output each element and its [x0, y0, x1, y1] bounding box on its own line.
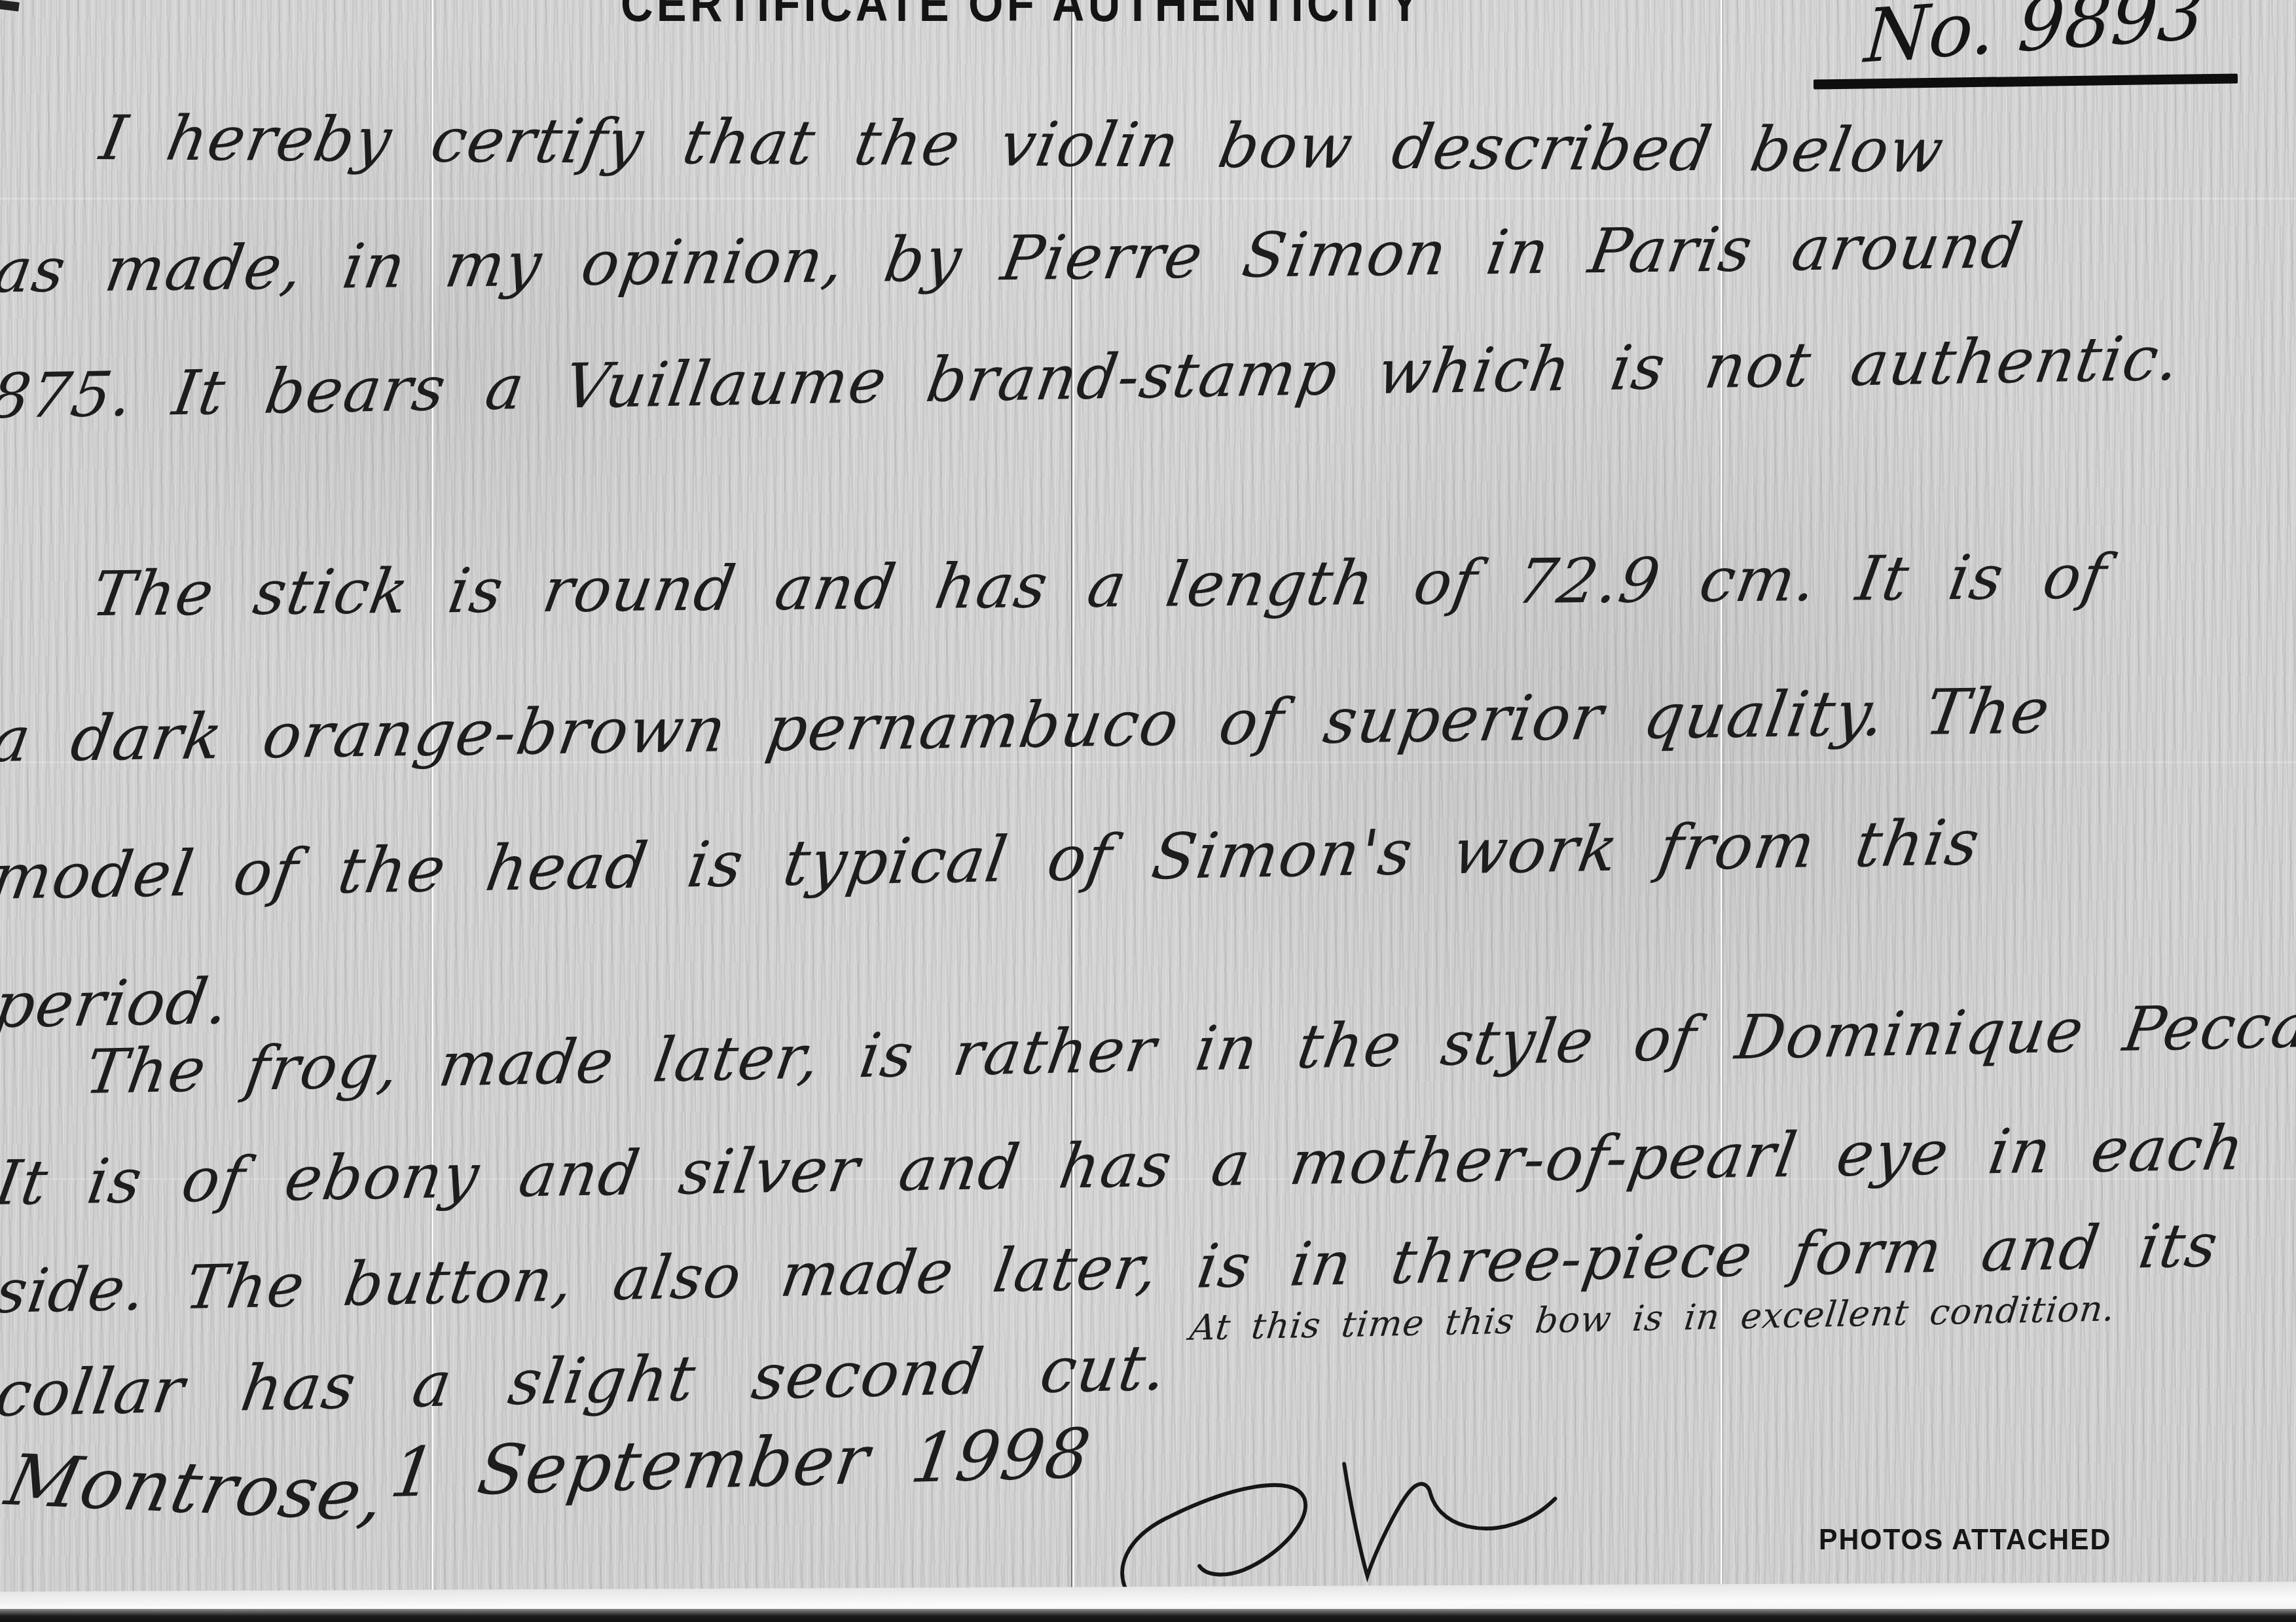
date: 1 September 1998	[386, 1419, 1095, 1507]
scan-black-band	[0, 1609, 2296, 1622]
handwritten-line-5: a dark orange-brown pernambuco of superi…	[0, 679, 2055, 771]
handwritten-line-9: It is of ebony and silver and has a moth…	[0, 1118, 2250, 1215]
handwritten-line-4: The stick is round and has a length of 7…	[88, 547, 2111, 626]
place-name: Montrose,	[0, 1445, 393, 1532]
certificate-number: No. 9893	[1863, 0, 2207, 74]
signature	[1074, 1433, 1637, 1610]
certificate-title: CERTIFICATE OF AUTHENTICITY	[621, 0, 1423, 33]
scanned-certificate-page: CERTIFICATE OF AUTHENTICITY No. 9893 I h…	[0, 0, 2296, 1622]
handwritten-line-6: model of the head is typical of Simon's …	[0, 811, 1984, 909]
handwritten-line-7: period.	[0, 970, 234, 1037]
scan-streak	[0, 198, 2296, 200]
handwritten-line-3: 875. It bears a Vuillaume brand-stamp wh…	[0, 329, 2185, 429]
condition-note: At this time this bow is in excellent co…	[1188, 1291, 2117, 1346]
handwritten-line-11: collar has a slight second cut.	[0, 1336, 1172, 1426]
handwritten-line-8: The frog, made later, is rather in the s…	[82, 993, 2296, 1103]
scan-edge-mark	[0, 0, 20, 12]
handwritten-line-1: I hereby certify that the violin bow des…	[96, 108, 1949, 183]
photos-attached-label: PHOTOS ATTACHED	[1819, 1523, 2111, 1557]
